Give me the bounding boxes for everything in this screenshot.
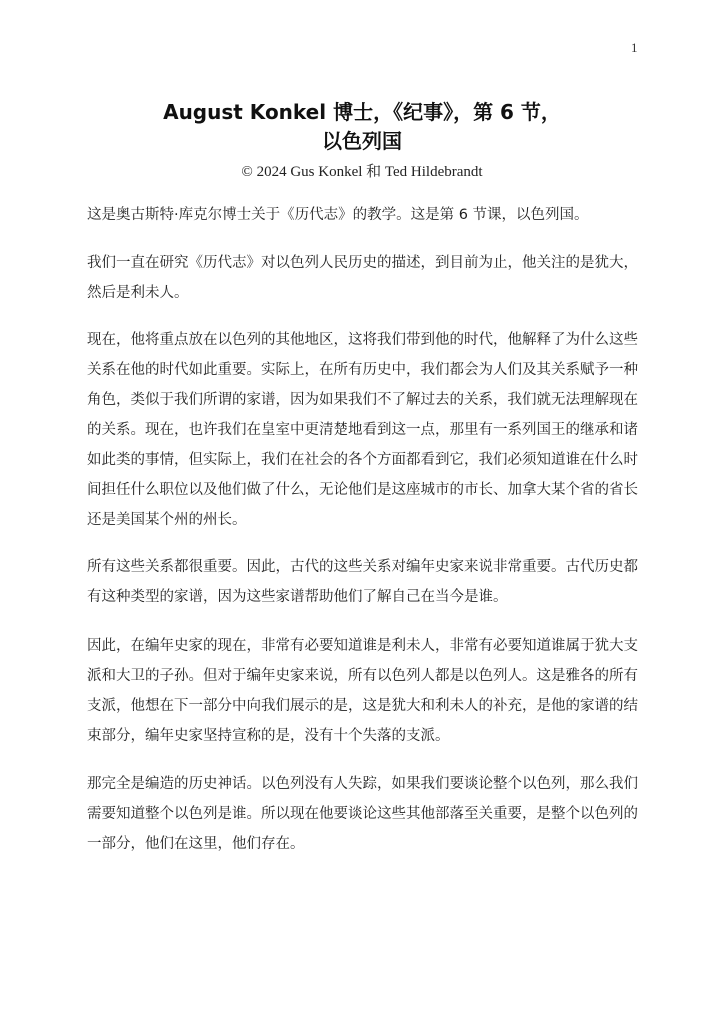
paragraph-myth: 那完全是编造的历史神话。以色列没有人失踪，如果我们要谈论整个以色列，那么我们需要… <box>87 769 647 859</box>
document-title-line1: August Konkel 博士，《纪事》，第 6 节， <box>0 98 724 127</box>
paragraph-genealogies: 所有这些关系都很重要。因此，古代的这些关系对编年史家来说非常重要。古代历史都有这… <box>87 552 647 612</box>
document-title-line2: 以色列国 <box>0 127 724 156</box>
paragraph-judah-levites: 我们一直在研究《历代志》对以色列人民历史的描述，到目前为止，他关注的是犹大，然后… <box>87 248 647 308</box>
paragraph-intro: 这是奥古斯特·库克尔博士关于《历代志》的教学。这是第 6 节课，以色列国。 <box>87 200 647 230</box>
paragraph-relationships: 现在，他将重点放在以色列的其他地区，这将我们带到他的时代，他解释了为什么这些关系… <box>87 325 647 535</box>
page-number: 1 <box>631 40 638 56</box>
paragraph-all-israel: 因此，在编年史家的现在，非常有必要知道谁是利未人，非常有必要知道谁属于犹大支派和… <box>87 631 647 751</box>
copyright-notice: © 2024 Gus Konkel 和 Ted Hildebrandt <box>0 160 724 181</box>
